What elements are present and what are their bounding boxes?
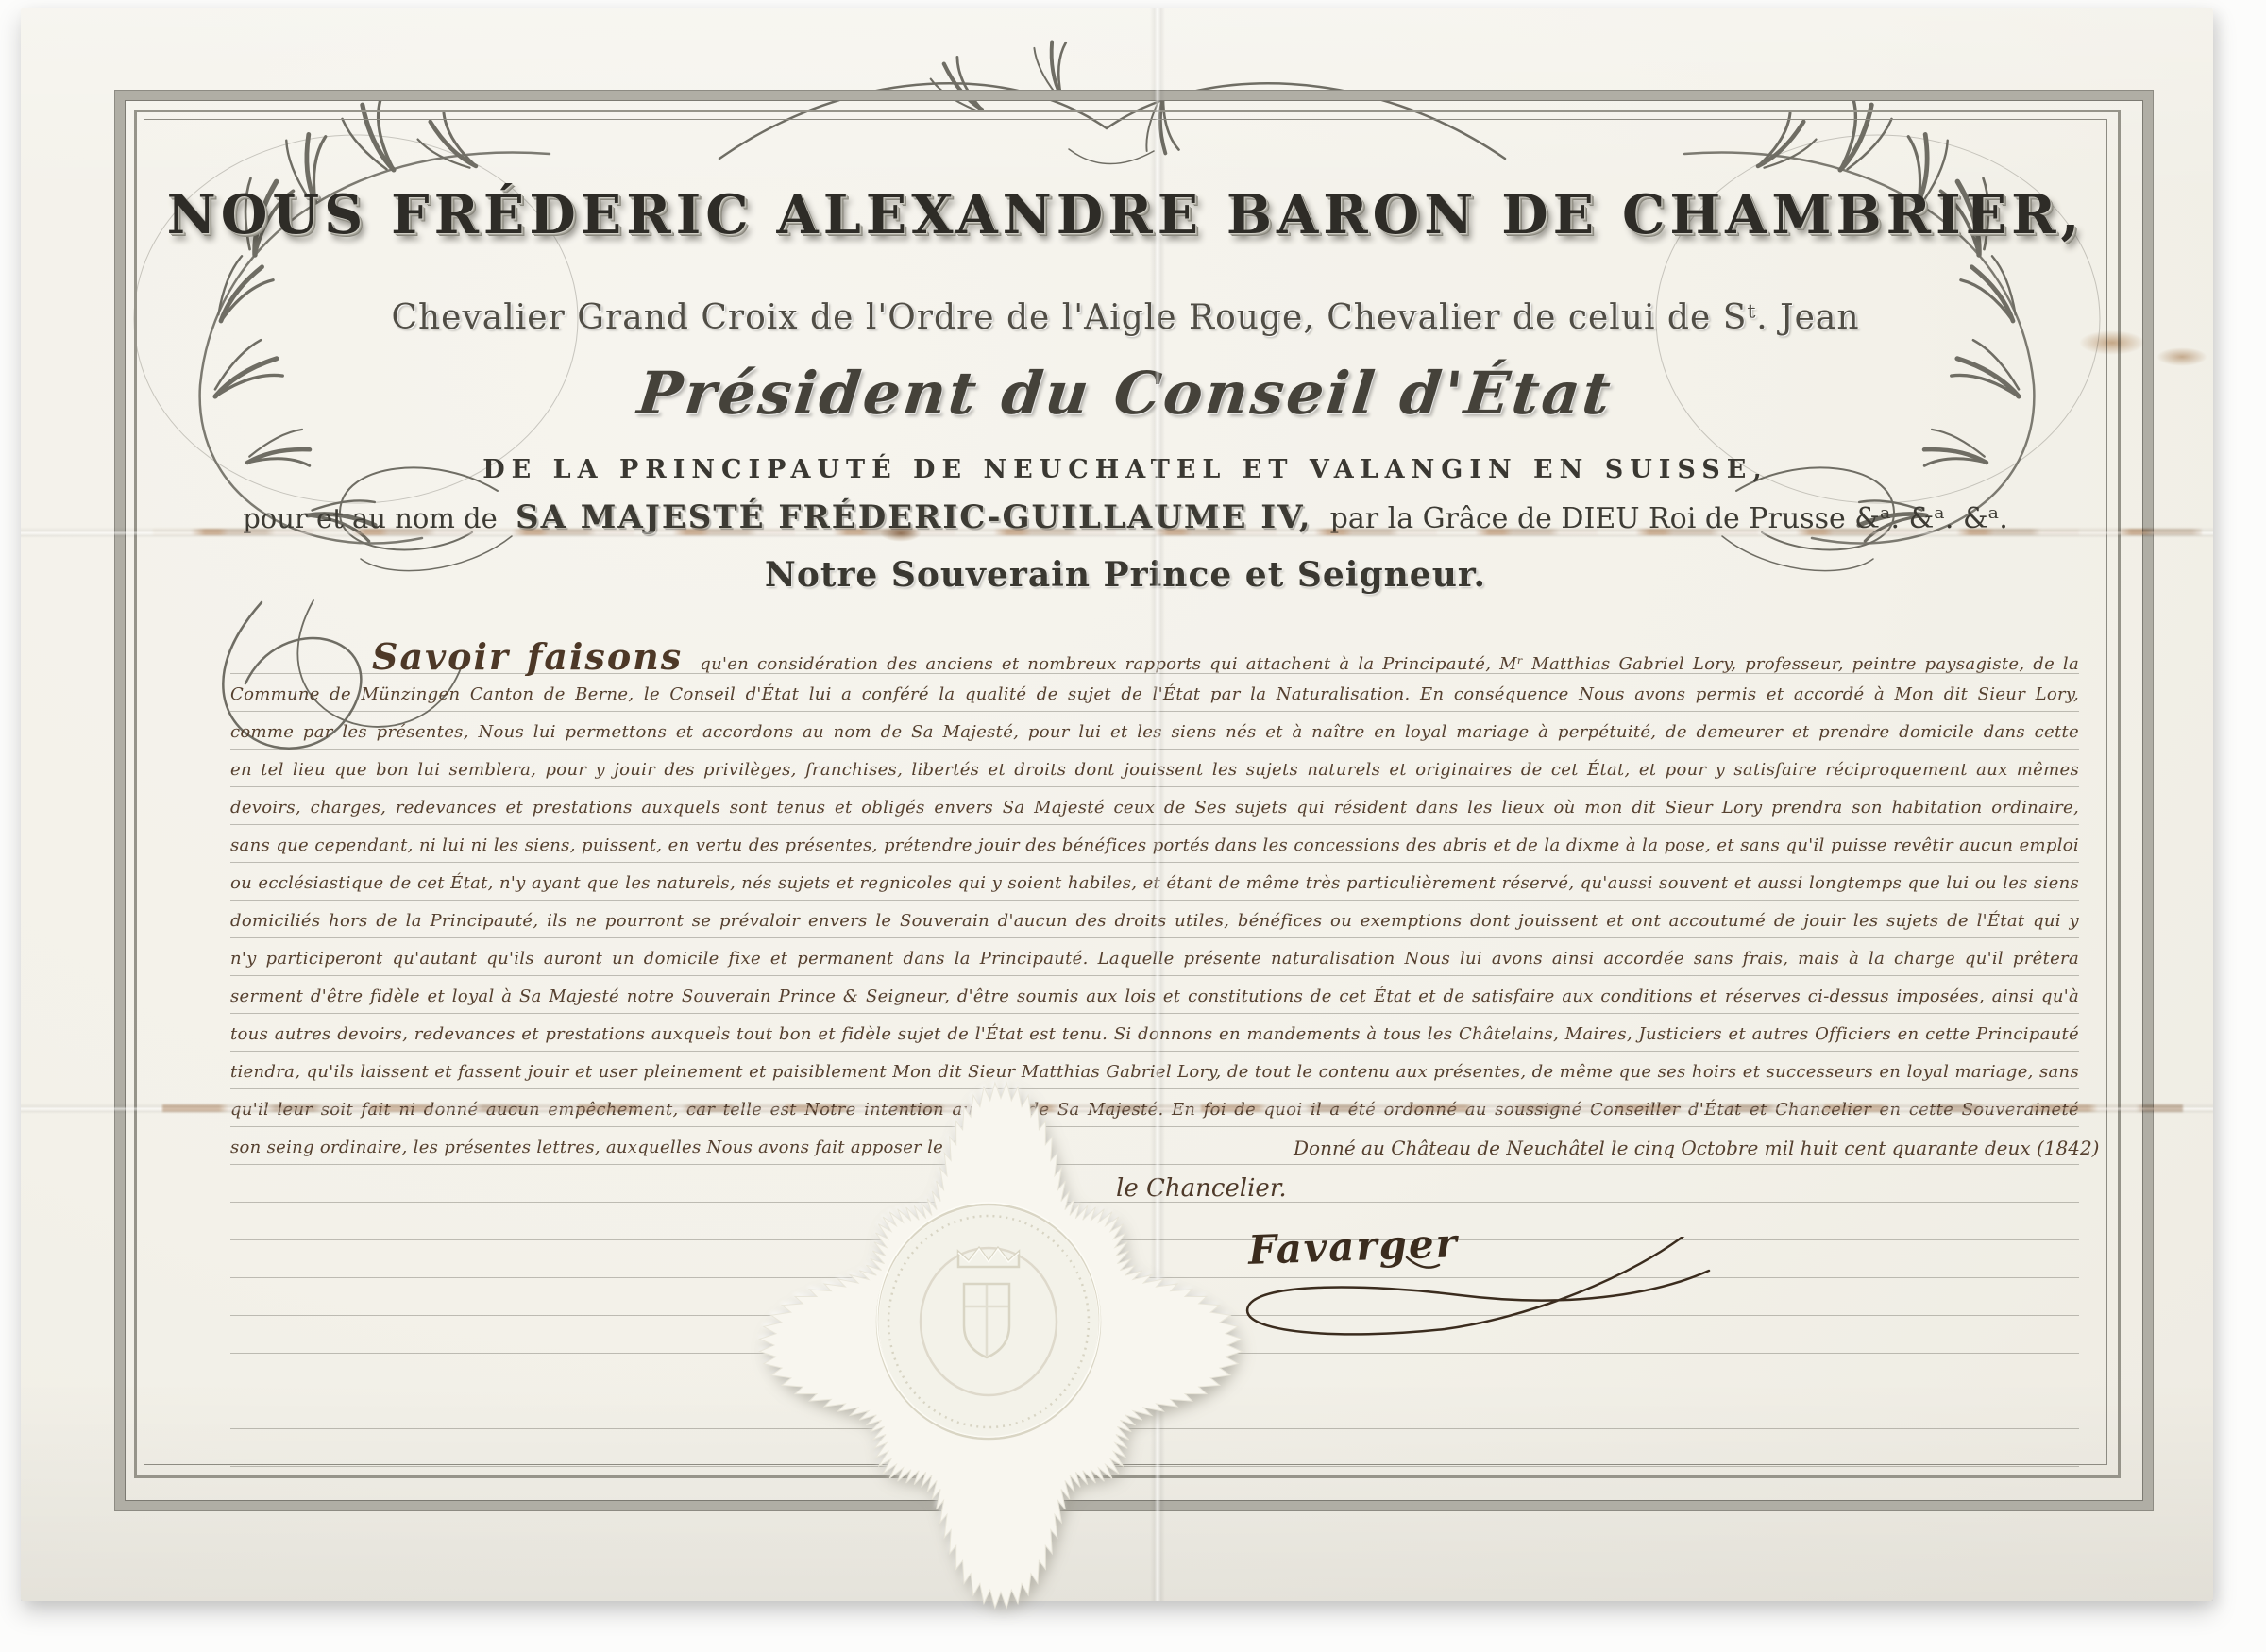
manuscript-line: devoirs, charges, redevances et prestati… [230,789,2079,827]
manuscript-line: en tel lieu que bon lui semblera, pour y… [230,751,2079,789]
photograph-background: NOUS FRÉDERIC ALEXANDRE BARON DE CHAMBRI… [0,0,2266,1652]
majesty-prefix: pour et au nom de [243,502,498,534]
office-line: Président du Conseil d'État [159,359,2092,428]
manuscript-line: tous autres devoirs, redevances et prest… [230,1016,2079,1054]
signature-flourish [1218,1237,1728,1378]
document-paper: NOUS FRÉDERIC ALEXANDRE BARON DE CHAMBRI… [21,8,2213,1601]
seal-emblem [877,1203,1100,1439]
majesty-suffix: par la Grâce de DIEU Roi de Prusse &ᵃ. &… [1330,502,2008,535]
majesty-name: SA MAJESTÉ FRÉDERIC-GUILLAUME IV, [506,498,1321,536]
document-title: NOUS FRÉDERIC ALEXANDRE BARON DE CHAMBRI… [162,183,2088,246]
orders-line: Chevalier Grand Croix de l'Ordre de l'Ai… [162,298,2088,337]
date-line: Donné au Château de Neuchâtel le cinq Oc… [1294,1137,2068,1159]
manuscript-line: ou ecclésiastique de cet État, n'y ayant… [230,865,2079,902]
manuscript-line: n'y participeront qu'autant qu'ils auron… [230,940,2079,978]
principality-line: DE LA PRINCIPAUTÉ DE NEUCHATEL ET VALANG… [162,455,2088,484]
manuscript-line: serment d'être fidèle et loyal à Sa Maje… [230,978,2079,1016]
manuscript-line: comme par les présentes, Nous lui permet… [230,714,2079,751]
sovereign-line: Notre Souverain Prince et Seigneur. [162,555,2088,595]
lead-in-words: Savoir faisons [372,638,700,676]
majesty-line: pour et au nom de SA MAJESTÉ FRÉDERIC-GU… [162,498,2088,536]
manuscript-line: Commune de Münzingen Canton de Berne, le… [230,676,2079,714]
manuscript-line: sans que cependant, ni lui ni les siens,… [230,827,2079,865]
manuscript-line: domiciliés hors de la Principauté, ils n… [230,902,2079,940]
embossed-paper-seal [755,1081,1246,1610]
manuscript-line: Savoir faisons qu'en considération des a… [230,638,2079,676]
top-center-flourish [719,30,1505,165]
